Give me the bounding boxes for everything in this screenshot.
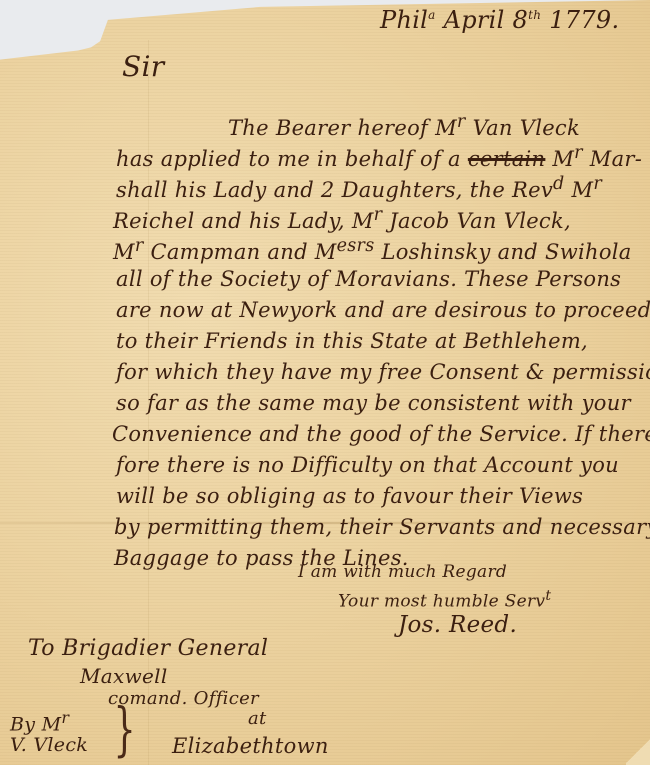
dateline: Phila April 8th 1779.: [380, 6, 619, 34]
address-location: Elizabethtown: [172, 734, 329, 758]
address-recipient-name: Maxwell: [80, 664, 168, 688]
body-line: shall his Lady and 2 Daughters, the Revd…: [116, 174, 602, 202]
address-recipient-title: To Brigadier General: [28, 636, 268, 661]
body-line: Convenience and the good of the Service.…: [112, 422, 650, 446]
body-line: The Bearer hereof Mr Van Vleck: [228, 112, 580, 140]
body-line: by permitting them, their Servants and n…: [114, 515, 650, 539]
closing-servant: Your most humble Servt: [338, 588, 551, 612]
dateline-date: April 8: [444, 6, 529, 34]
body-line: are now at Newyork and are desirous to p…: [116, 298, 650, 322]
body-line: all of the Society of Moravians. These P…: [116, 267, 621, 291]
dateline-year: 1779.: [549, 6, 619, 34]
bearer-note-name: V. Vleck: [10, 734, 88, 756]
body-line: to their Friends in this State at Bethle…: [116, 329, 588, 353]
closing-regard: I am with much Regard: [298, 562, 507, 582]
body-line: will be so obliging as to favour their V…: [116, 484, 583, 508]
body-line: so far as the same may be consistent wit…: [116, 391, 631, 415]
body-line: Reichel and his Lady, Mr Jacob Van Vleck…: [113, 205, 571, 233]
letter-page: Phila April 8th 1779. Sir The Bearer her…: [0, 0, 650, 765]
signature: Jos. Reed.: [398, 612, 517, 638]
body-line: for which they have my free Consent & pe…: [116, 360, 650, 384]
body-line: Mr Campman and Mesrs Loshinsky and Swiho…: [113, 236, 632, 264]
struck-word: certain: [468, 147, 546, 171]
body-line: has applied to me in behalf of a certain…: [116, 143, 642, 171]
salutation: Sir: [122, 50, 164, 83]
address-at: at: [248, 708, 267, 729]
dateline-place: Phil: [380, 6, 428, 34]
paper-corner-fold: [626, 737, 650, 765]
body-line: fore there is no Difficulty on that Acco…: [116, 453, 619, 477]
bearer-note-by: By Mr: [10, 708, 69, 735]
brace-mark: }: [113, 700, 135, 758]
